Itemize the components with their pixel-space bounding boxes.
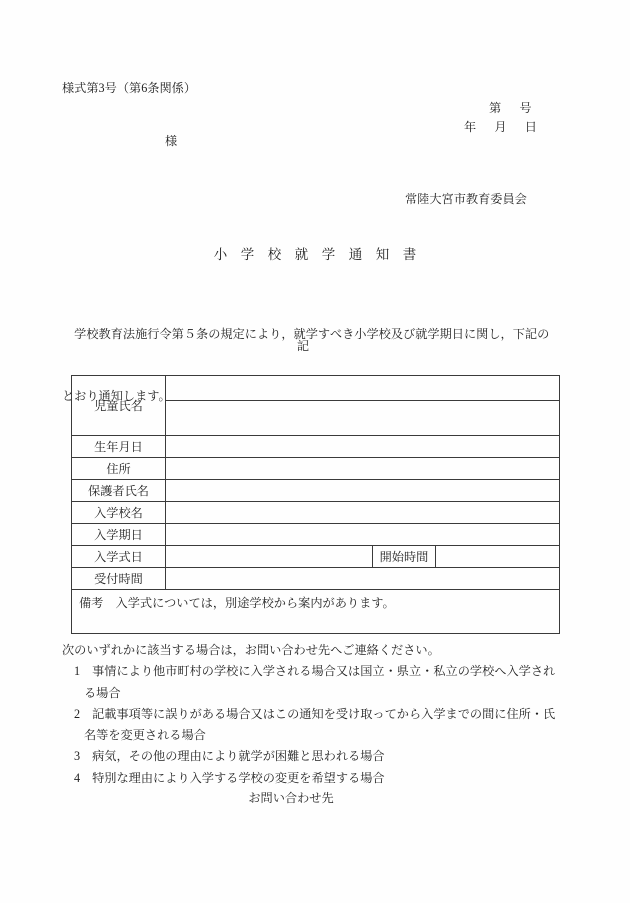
note-item-2: 2記載事項等に誤りがある場合又はこの通知を受け取ってから入学までの間に住所・氏 … <box>62 704 567 747</box>
notes-section: 次のいずれかに該当する場合は，お問い合わせ先へご連絡ください。 1事情により他市… <box>62 640 567 789</box>
label-reception-time: 受付時間 <box>72 568 166 590</box>
label-birth-date: 生年月日 <box>72 436 166 458</box>
document-number-line: 第 号 <box>489 101 535 116</box>
note-text: 特別な理由により入学する学校の変更を希望する場合 <box>92 771 385 785</box>
note-item-4: 4特別な理由により入学する学校の変更を希望する場合 <box>62 768 567 789</box>
note-text: 事情により他市町村の学校に入学される場合又は国立・県立・私立の学校へ入学され <box>92 664 555 678</box>
document-page: 様式第3号（第6条関係） 第 号 年 月 日 様 常陸大宮市教育委員会 小 学 … <box>0 0 630 903</box>
document-title: 小 学 校 就 学 通 知 書 <box>0 247 630 264</box>
label-child-name: 児童氏名 <box>72 376 166 436</box>
cell-school-name <box>166 502 560 524</box>
note-text-continued: る場合 <box>84 683 567 704</box>
note-text: 病気，その他の理由により就学が困難と思われる場合 <box>92 749 385 763</box>
cell-ceremony-date <box>166 546 373 568</box>
notes-intro: 次のいずれかに該当する場合は，お問い合わせ先へご連絡ください。 <box>62 640 567 661</box>
enrollment-table: 児童氏名 生年月日 住所 保護者氏名 入学校名 入学期日 入学式日 <box>71 375 560 634</box>
note-number: 1 <box>74 664 80 678</box>
label-address: 住所 <box>72 458 166 480</box>
remarks-row: 備考 入学式については，別途学校から案内があります。 <box>72 590 560 634</box>
cell-start-time <box>436 546 560 568</box>
label-school-name: 入学校名 <box>72 502 166 524</box>
cell-child-name <box>166 401 560 436</box>
document-date-line: 年 月 日 <box>464 120 540 135</box>
label-start-time: 開始時間 <box>373 546 436 568</box>
note-number: 3 <box>74 749 80 763</box>
form-number: 様式第3号（第6条関係） <box>62 81 196 96</box>
label-ceremony-date: 入学式日 <box>72 546 166 568</box>
cell-address <box>166 458 560 480</box>
record-mark: 記 <box>0 339 606 354</box>
cell-reception-time <box>166 568 560 590</box>
cell-enrollment-date <box>166 524 560 546</box>
cell-guardian-name <box>166 480 560 502</box>
contact-heading: お問い合わせ先 <box>0 791 582 806</box>
note-number: 4 <box>74 771 80 785</box>
note-text-continued: 名等を変更される場合 <box>84 725 567 746</box>
note-item-3: 3病気，その他の理由により就学が困難と思われる場合 <box>62 746 567 767</box>
cell-birth-date <box>166 436 560 458</box>
note-number: 2 <box>74 707 80 721</box>
addressee-honorific: 様 <box>165 134 177 149</box>
label-guardian-name: 保護者氏名 <box>72 480 166 502</box>
note-text: 記載事項等に誤りがある場合又はこの通知を受け取ってから入学までの間に住所・氏 <box>92 707 555 721</box>
label-enrollment-date: 入学期日 <box>72 524 166 546</box>
cell-child-name-furigana <box>166 376 560 401</box>
issuer-name: 常陸大宮市教育委員会 <box>405 192 527 207</box>
note-item-1: 1事情により他市町村の学校に入学される場合又は国立・県立・私立の学校へ入学され … <box>62 661 567 704</box>
